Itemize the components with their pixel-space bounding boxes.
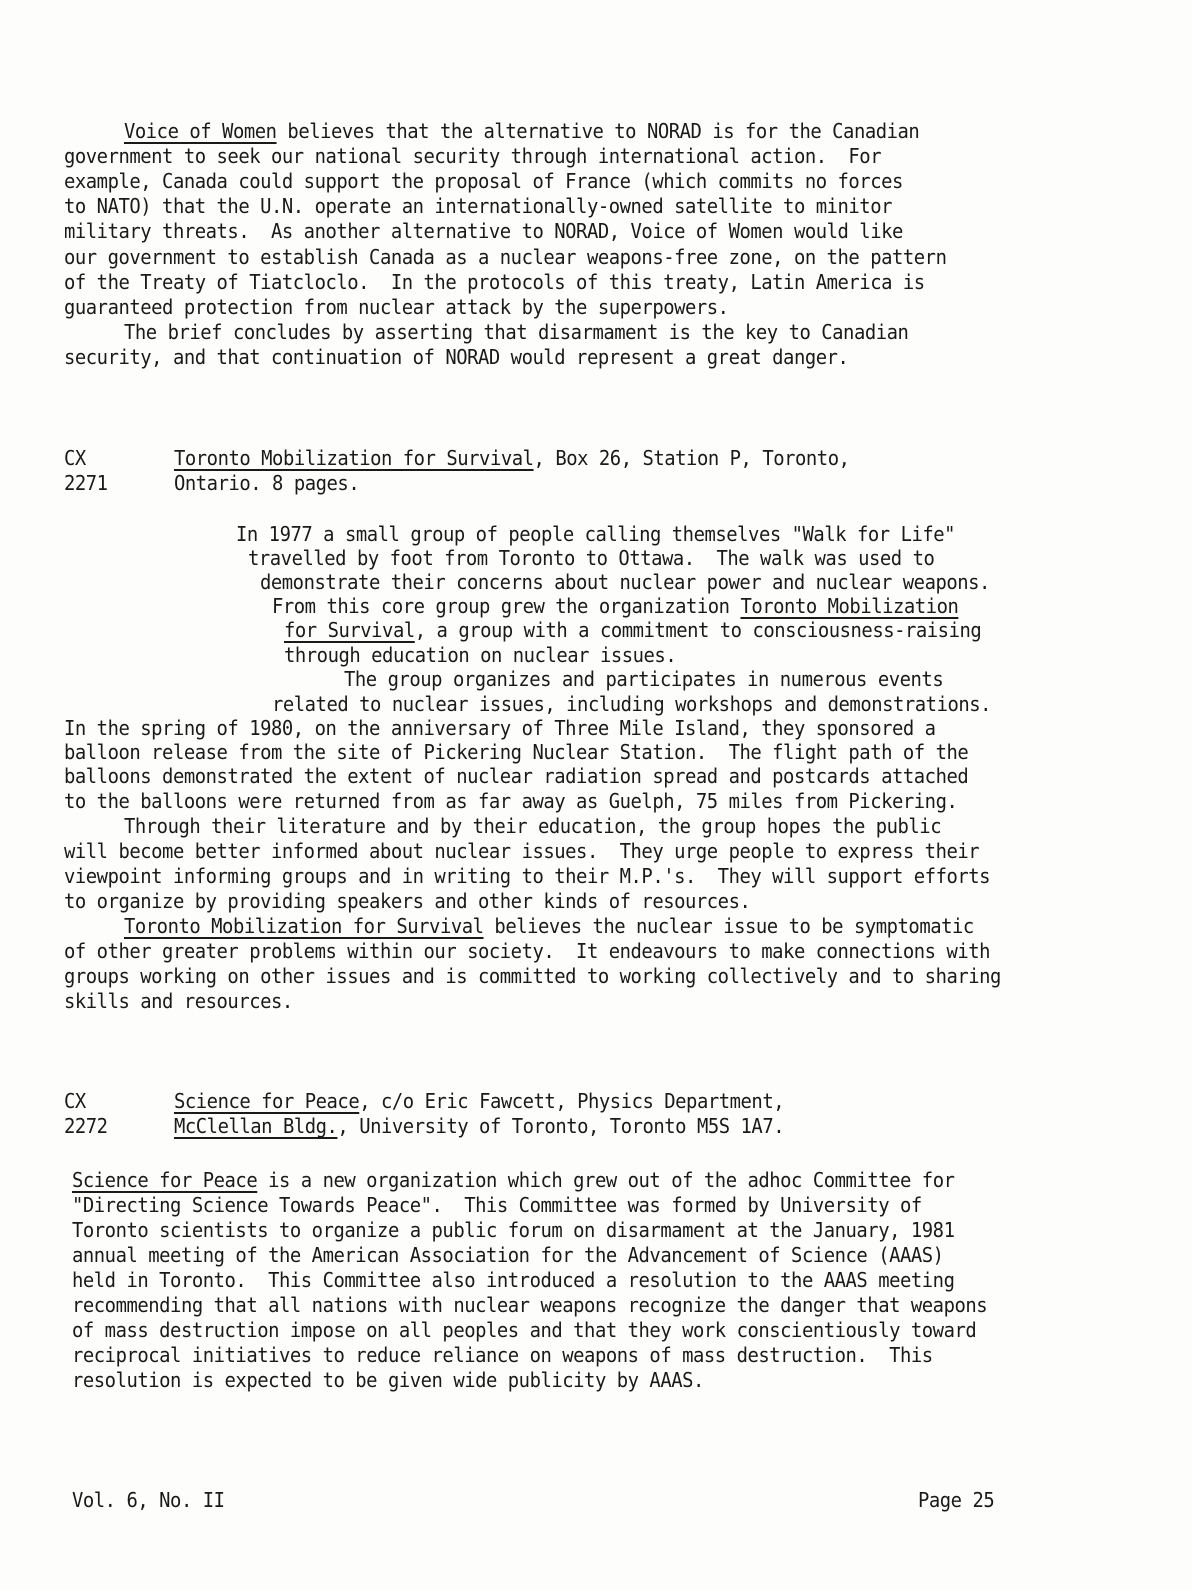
entry-code-prefix: CX — [64, 446, 86, 471]
text-line: Through their literature and by their ed… — [124, 814, 941, 839]
text-line: skills and resources. — [64, 989, 293, 1014]
text-line: related to nuclear issues, including wor… — [272, 692, 991, 717]
text-line: of the Treaty of Tiatcloclo. In the prot… — [64, 270, 925, 295]
text-line: travelled by foot from Toronto to Ottawa… — [248, 546, 934, 571]
text-line: security, and that continuation of NORAD… — [64, 345, 848, 370]
text-line: resolution is expected to be given wide … — [72, 1368, 704, 1393]
text-line: balloons demonstrated the extent of nucl… — [64, 764, 968, 789]
address-underlined: McClellan Bldg. — [174, 1114, 337, 1138]
text-line: of mass destruction impose on all people… — [72, 1318, 976, 1343]
text-line: From this core group grew the organizati… — [272, 594, 958, 619]
text-line: reciprocal initiatives to reduce relianc… — [72, 1343, 933, 1368]
text-line: In 1977 a small group of people calling … — [236, 522, 955, 547]
text-line: for Survival, a group with a commitment … — [284, 618, 981, 643]
text-line: The group organizes and participates in … — [344, 667, 943, 692]
text-line: viewpoint informing groups and in writin… — [64, 864, 990, 889]
org-name-underlined: Science for Peace — [174, 1089, 359, 1113]
text-line: guaranteed protection from nuclear attac… — [64, 295, 729, 320]
text-line: The brief concludes by asserting that di… — [124, 320, 908, 345]
text-line: "Directing Science Towards Peace". This … — [72, 1193, 922, 1218]
text-line: recommending that all nations with nucle… — [72, 1293, 987, 1318]
text-line: Toronto Mobilization for Survival believ… — [124, 914, 974, 939]
org-name-underlined: for Survival — [284, 618, 415, 642]
entry-heading-line: McClellan Bldg., University of Toronto, … — [174, 1114, 784, 1139]
text-line: held in Toronto. This Committee also int… — [72, 1268, 954, 1293]
text-line: Science for Peace is a new organization … — [72, 1168, 954, 1193]
text-line: Voice of Women believes that the alterna… — [124, 119, 919, 144]
text-line: military threats. As another alternative… — [64, 219, 903, 244]
text-line: to organize by providing speakers and ot… — [64, 889, 750, 914]
entry-heading-line: Science for Peace, c/o Eric Fawcett, Phy… — [174, 1089, 784, 1114]
text-line: Toronto scientists to organize a public … — [72, 1218, 954, 1243]
text-line: demonstrate their concerns about nuclear… — [260, 570, 990, 595]
org-name-underlined: Voice of Women — [124, 119, 277, 143]
text-line: through education on nuclear issues. — [284, 643, 676, 668]
footer-volume: Vol. 6, No. II — [72, 1488, 225, 1513]
text-line: In the spring of 1980, on the anniversar… — [64, 716, 936, 741]
text-line: government to seek our national security… — [64, 144, 881, 169]
entry-code-prefix: CX — [64, 1089, 86, 1114]
entry-heading-line: Ontario. 8 pages. — [174, 471, 359, 496]
text-line: annual meeting of the American Associati… — [72, 1243, 944, 1268]
org-name-underlined: Toronto Mobilization for Survival — [124, 914, 484, 938]
org-name-underlined: Toronto Mobilization — [740, 594, 958, 618]
entry-code-number: 2271 — [64, 471, 108, 496]
entry-heading-line: Toronto Mobilization for Survival, Box 2… — [174, 446, 849, 471]
text-line: will become better informed about nuclea… — [64, 839, 979, 864]
document-page: Voice of Women believes that the alterna… — [0, 0, 1192, 1590]
org-name-underlined: Science for Peace — [72, 1168, 257, 1192]
text-line: example, Canada could support the propos… — [64, 169, 903, 194]
text-line: groups working on other issues and is co… — [64, 964, 1001, 989]
text-line: to the balloons were returned from as fa… — [64, 789, 957, 814]
entry-code-number: 2272 — [64, 1114, 108, 1139]
text-line: of other greater problems within our soc… — [64, 939, 990, 964]
text-line: to NATO) that the U.N. operate an intern… — [64, 194, 892, 219]
text-line: our government to establish Canada as a … — [64, 245, 946, 270]
footer-page-number: Page 25 — [918, 1488, 994, 1513]
org-name-underlined: Toronto Mobilization for Survival — [174, 446, 534, 470]
text-line: balloon release from the site of Pickeri… — [64, 740, 968, 765]
